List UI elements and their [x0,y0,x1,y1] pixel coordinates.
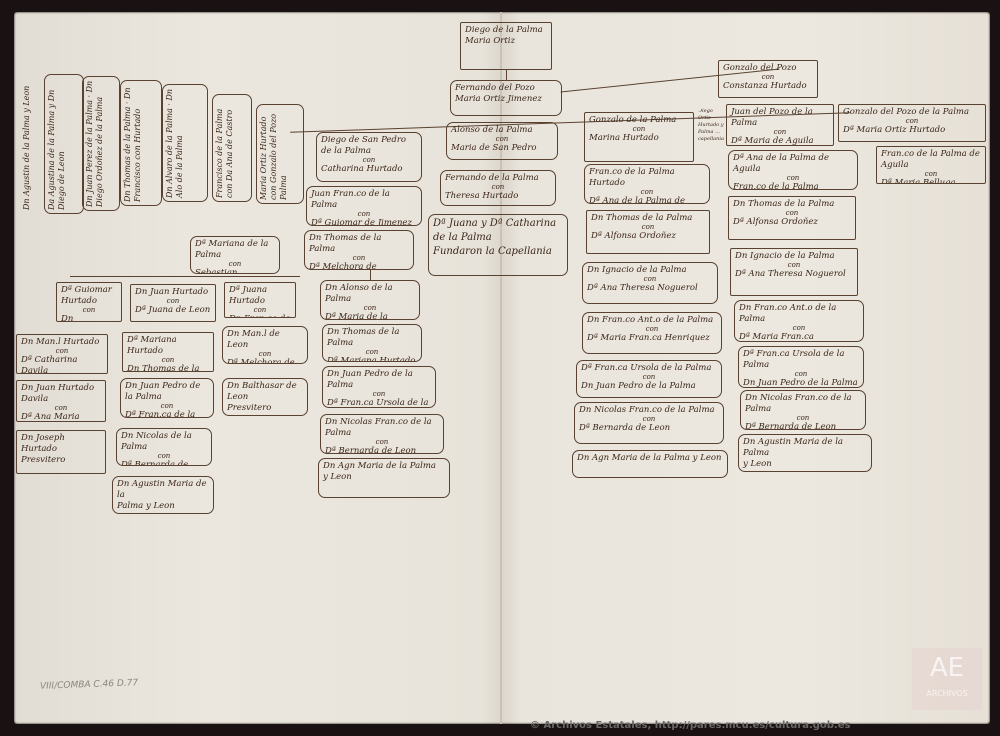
mariana-sebastian: Dª Mariana de la Palma con Sebastian Hur… [190,236,280,274]
left-person-9: Dn Balthasar de Leon Presvitero [222,378,308,416]
vertical-person-3: Dn Juan Perez de la Palma · Dn Diego Ord… [82,76,120,211]
francisco-maria-belluga: Fran.co de la Palma de Aguila con Dª Mar… [876,146,986,184]
right-a-6: Dn Nicolas Fran.co de la Palma con Dª Be… [574,402,724,444]
right-b-1: Dª Ana de la Palma de Aguila con Fran.co… [728,150,858,190]
vertical-person-7: Maria Ortiz Hurtado con Gonzalo del Pozo… [256,104,304,204]
thomas-mariana: Dn Thomas de la Palma con Dª Mariana Hur… [322,324,422,362]
left-person-6: Dn Man.l de Leon con Dª Melchora de Jime… [222,326,308,364]
thomas-melchora: Dn Thomas de la Palma con Dª Melchora de… [304,230,414,270]
right-a-2: Dn Thomas de la Palma con Dª Alfonsa Ord… [586,210,710,254]
right-a-3: Dn Ignacio de la Palma con Dª Ana Theres… [582,262,718,304]
gonzalo-constanza: Gonzalo del Pozo con Constanza Hurtado [718,60,818,98]
left-person-10: Dn Joseph Hurtado Presvitero [16,430,106,474]
vertical-person-6: Francisco de la Palma con Da Ana de Cast… [212,94,252,202]
alonso-maria: Alonso de la Palma con Maria de San Pedr… [446,122,558,160]
vertical-person-2: Da Agustina de la Palma y Dn Diego de Le… [44,74,84,214]
gonzalo-maria-ortiz: Gonzalo del Pozo de la Palma con Dª Mari… [838,104,986,142]
copyright-notice: © Archivos Estatales, http://pares.mcu.e… [530,720,850,731]
right-a-5: Dª Fran.ca Ursola de la Palma con Dn Jua… [576,360,722,398]
juan-pedro-francisca: Dn Juan Pedro de la Palma con Dª Fran.ca… [322,366,436,408]
left-person-5: Dª Mariana Hurtado con Dn Thomas de la P… [122,332,214,372]
right-b-7: Dn Agustin Maria de la Palma y Leon [738,434,872,472]
right-b-2: Dn Thomas de la Palma con Dª Alfonsa Ord… [728,196,856,240]
left-person-8: Dn Juan Pedro de la Palma con Dª Fran.ca… [120,378,214,418]
gonzalo-marina: Gonzalo de la Palma con Marina Hurtado [584,112,694,162]
left-person-7: Dn Juan Hurtado Davila con Dª Ana Maria … [16,380,106,422]
juan-guiomar: Juan Fran.co de la Palma con Dª Guiomar … [306,186,422,226]
center-fold [500,12,502,724]
left-person-11: Dn Nicolas de la Palma con Dª Bernarda d… [116,428,212,466]
left-person-2: Dn Juan Hurtado con Dª Juana de Leon [130,284,216,322]
vertical-person-1: Dn Agustin de la Palma y Leon [20,78,46,213]
vertical-person-5: Dn Alvaro de la Palma · Dn Alo de la Pal… [162,84,208,202]
agustin-maria: Dn Agn Maria de la Palma y Leon [318,458,450,498]
left-person-4: Dn Man.l Hurtado con Dª Catharina Davila [16,334,108,374]
juana-catharina-capellania: Dª Juana y Dª Catharina de la Palma Fund… [428,214,568,276]
left-person-12: Dn Agustin Maria de la Palma y Leon [112,476,214,514]
right-a-4: Dn Fran.co Ant.o de la Palma con Dª Mari… [582,312,722,354]
fernando-theresa: Fernando de la Palma con Theresa Hurtado [440,170,556,206]
juan-maria-aguila: Juan del Pozo de la Palma con Dª Maria d… [726,104,834,146]
right-b-4: Dn Fran.co Ant.o de la Palma con Dª Mari… [734,300,864,342]
right-a-1: Fran.co de la Palma Hurtado con Dª Ana d… [584,164,710,204]
root-person: Diego de la Palma Maria Ortiz [460,22,552,70]
vertical-person-4: Dn Thomas de la Palma · Dn Francisco con… [120,80,162,206]
left-person-1: Dª Guiomar Hurtado con Dn Francisco del … [56,282,122,322]
right-b-5: Dª Fran.ca Ursola de la Palma con Dn Jua… [738,346,864,388]
gen2-couple: Fernando del Pozo Maria Ortiz Jimenez [450,80,562,116]
archive-watermark-logo: AE ARCHIVOS [912,648,982,710]
nicolas-bernarda: Dn Nicolas Fran.co de la Palma con Dª Be… [320,414,444,454]
diego-catharina: Diego de San Pedro de la Palma con Catha… [316,132,422,182]
alonso-maria-palma: Dn Alonso de la Palma con Dª Maria de la… [320,280,420,320]
right-b-6: Dn Nicolas Fran.co de la Palma con Dª Be… [740,390,866,430]
right-a-7: Dn Agn Maria de la Palma y Leon [572,450,728,478]
left-person-3: Dª Juana Hurtado con Dn Fran.co de Leon [224,282,296,318]
right-b-3: Dn Ignacio de la Palma con Dª Ana Theres… [730,248,858,296]
